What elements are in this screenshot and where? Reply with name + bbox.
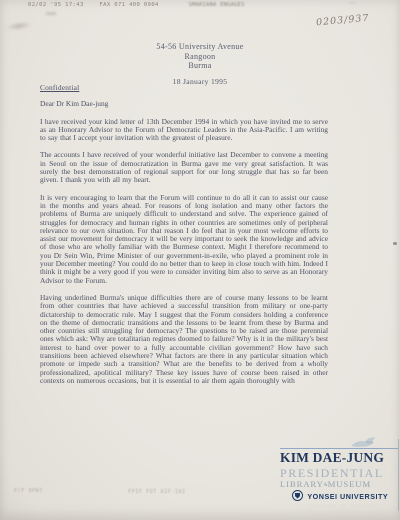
fax-timestamp: 02/02 '95 17:43 [28,2,84,8]
address-line: Burma [0,61,400,71]
pencil-smudge [46,12,56,15]
fax-transmission-header: 02/02 '95 17:43 FAX 071 400 0904 SMARIAN… [28,2,398,12]
yonsei-emblem-icon [292,490,303,501]
fax-number: FAX 071 400 0904 [99,2,158,8]
salutation: Dear Dr Kim Dae-jung [40,100,328,108]
confidential-label: Confidential [40,84,328,92]
stamp-subtitle-library-museum: LIBRARY&MUSEUM [280,479,371,489]
letterhead-address: 54-56 University Avenue Rangoon Burma [0,42,400,71]
letter-paragraph: I have received your kind letter of 13th… [40,118,328,143]
fax-station-smudge: SMARIANA ENGAGES [189,2,245,8]
stamp-library-text: LIBRARY [280,479,324,489]
fax-header-right-smudge: ---- [349,1,356,6]
scanned-letter-page: 02/02 '95 17:43 FAX 071 400 0904 SMARIAN… [0,0,400,520]
yonsei-university-label: YONSEI UNIVERSITY [307,492,388,501]
footer-smudge-left: P/F 9PWJ [14,488,43,494]
stamp-museum-text: MUSEUM [328,479,371,489]
stamp-rule [280,448,398,449]
letter-paragraph: The accounts I have received of your won… [40,151,328,184]
address-line: Rangoon [0,52,400,62]
footer-smudge-under-stamp: ........ .. .... .. [307,502,376,508]
library-stamp: KIM DAE-JUNG PRESIDENTIAL LIBRARY&MUSEUM… [276,437,400,503]
footer-smudge-center: FPIF FOT AIF-IAI [128,489,186,495]
handwritten-reference: 0203/937 [316,13,370,29]
letter-body: Confidential Dear Dr Kim Dae-jung I have… [40,84,328,394]
address-line: 54-56 University Avenue [0,42,400,52]
stamp-title: KIM DAE-JUNG [280,450,384,466]
letter-paragraph: Having underlined Burma's unique difficu… [40,294,328,385]
pencil-smudge [6,20,33,32]
letter-paragraph: It is very encouraging to learn that the… [40,194,328,285]
yonsei-university-line: YONSEI UNIVERSITY [292,490,388,501]
stamp-edge-line [398,439,399,511]
scan-speck [393,242,397,245]
